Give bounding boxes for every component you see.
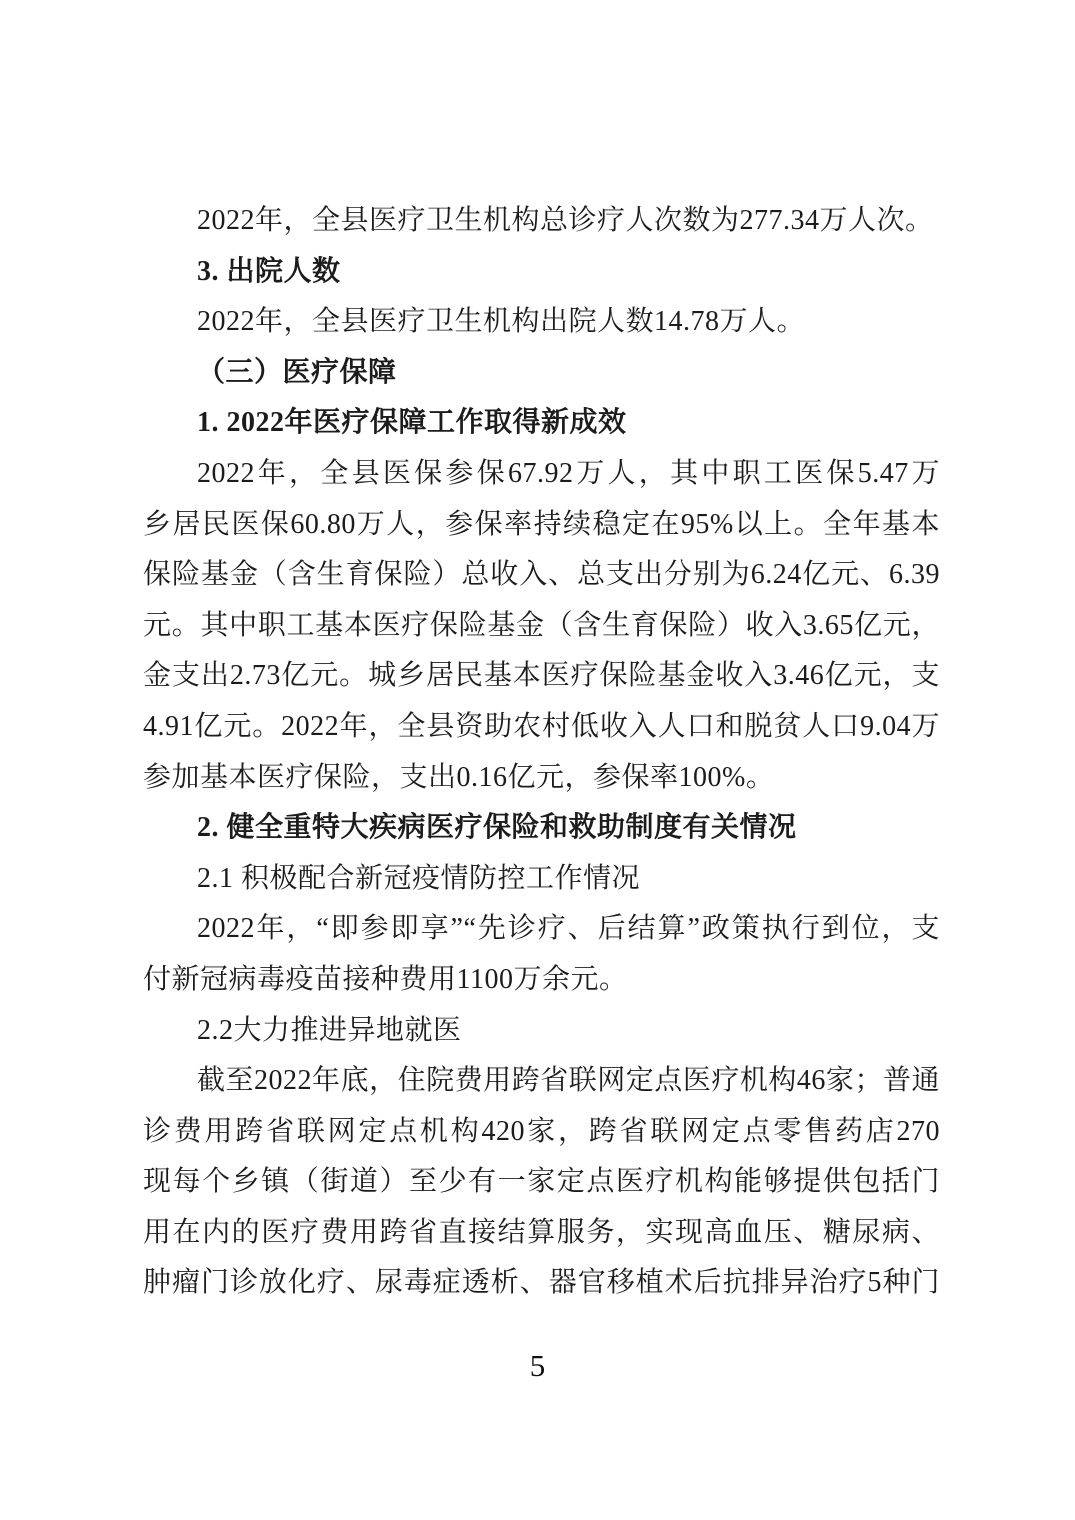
paragraph-line: 元。其中职工基本医疗保险基金（含生育保险）收入3.65亿元，基 bbox=[143, 601, 940, 652]
paragraph-line: 2022年，“即参即享”“先诊疗、后结算”政策执行到位，支 bbox=[143, 904, 940, 955]
paragraph-line: 4.91亿元。2022年，全县资助农村低收入人口和脱贫人口9.04万人 bbox=[143, 702, 940, 753]
paragraph-line: 诊费用跨省联网定点机构420家，跨省联网定点零售药店270家。实 bbox=[143, 1107, 940, 1158]
sub-section-heading: 2.1 积极配合新冠疫情防控工作情况 bbox=[143, 854, 940, 905]
sub-section-heading: 2.2大力推进异地就医 bbox=[143, 1006, 940, 1057]
paragraph-line: 保险基金（含生育保险）总收入、总支出分别为6.24亿元、6.39亿 bbox=[143, 550, 940, 601]
section-heading: 2. 健全重特大疾病医疗保险和救助制度有关情况 bbox=[143, 803, 940, 854]
paragraph-line: 金支出2.73亿元。城乡居民基本医疗保险基金收入3.46亿元，支出 bbox=[143, 651, 940, 702]
paragraph-line: 截至2022年底，住院费用跨省联网定点医疗机构46家；普通门 bbox=[143, 1056, 940, 1107]
section-heading: 1. 2022年医疗保障工作取得新成效 bbox=[143, 398, 940, 449]
paragraph-line: 2022年，全县医疗卫生机构总诊疗人次数为277.34万人次。 bbox=[143, 196, 940, 247]
section-heading: 3. 出院人数 bbox=[143, 247, 940, 298]
paragraph-line: 现每个乡镇（街道）至少有一家定点医疗机构能够提供包括门诊费 bbox=[143, 1157, 940, 1208]
paragraph-line: 付新冠病毒疫苗接种费用1100万余元。 bbox=[143, 955, 940, 1006]
text-column: 2022年，全县医疗卫生机构总诊疗人次数为277.34万人次。 3. 出院人数 … bbox=[143, 196, 940, 1309]
section-heading: （三）医疗保障 bbox=[143, 348, 940, 399]
paragraph-line: 肿瘤门诊放化疗、尿毒症透析、器官移植术后抗排异治疗5种门诊慢 bbox=[143, 1258, 940, 1309]
paragraph-line: 参加基本医疗保险，支出0.16亿元，参保率100%。 bbox=[143, 753, 940, 804]
paragraph-line: 2022年，全县医疗卫生机构出院人数14.78万人。 bbox=[143, 297, 940, 348]
paragraph-line: 乡居民医保60.80万人，参保率持续稳定在95%以上。全年基本医疗 bbox=[143, 500, 940, 551]
paragraph-line: 2022年，全县医保参保67.92万人，其中职工医保5.47万人，城 bbox=[143, 449, 940, 500]
paragraph-line: 用在内的医疗费用跨省直接结算服务，实现高血压、糖尿病、恶性 bbox=[143, 1208, 940, 1259]
page-number: 5 bbox=[0, 1348, 1075, 1384]
document-page: 2022年，全县医疗卫生机构总诊疗人次数为277.34万人次。 3. 出院人数 … bbox=[0, 0, 1075, 1520]
